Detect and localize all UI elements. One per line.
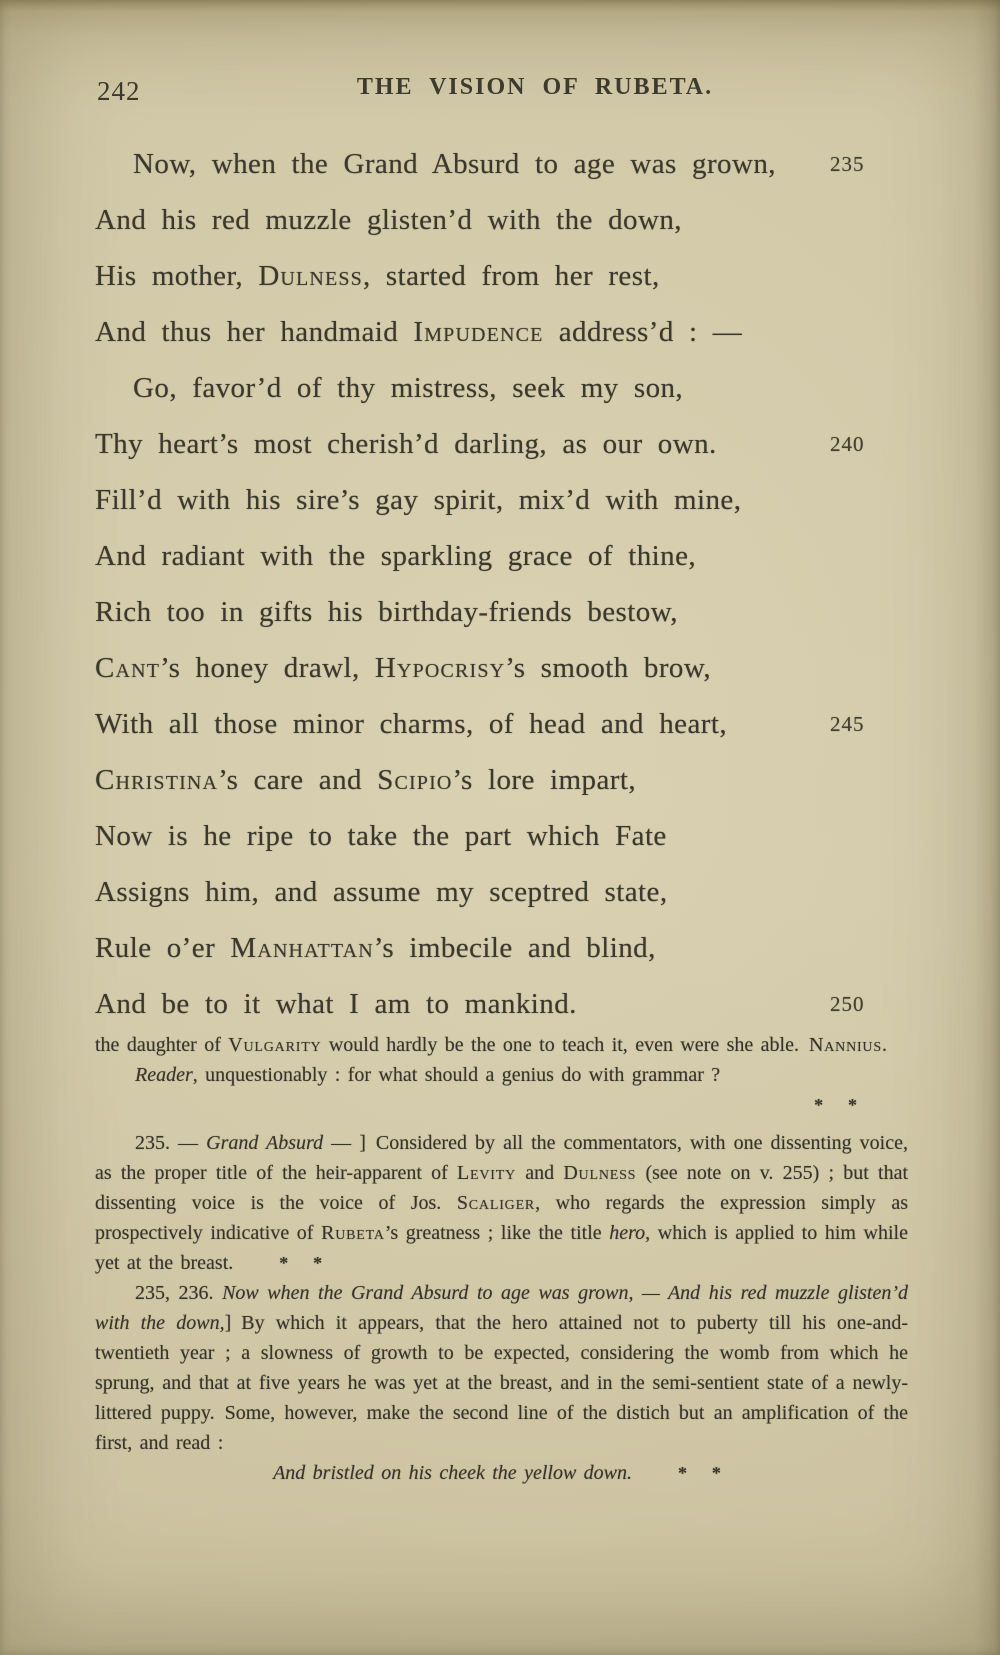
text-segment: And radiant with the sparkling grace of …: [95, 540, 696, 572]
text-segment: Reader: [135, 1064, 193, 1086]
text-segment: Dulness: [258, 260, 363, 292]
poem-line: And his red muzzle glisten’d with the do…: [95, 192, 940, 248]
poem-line: Now is he ripe to take the part which Fa…: [95, 808, 940, 864]
poem-line: And be to it what I am to mankind.250: [95, 976, 940, 1032]
text-segment: Christina: [95, 764, 218, 796]
poem-line: Go, favor’d of thy mistress, seek my son…: [95, 360, 940, 416]
footnote-paragraph: * *: [95, 1090, 908, 1120]
text-segment: ’s care and: [218, 764, 377, 796]
poem-line: Thy heart’s most cherish’d darling, as o…: [95, 416, 940, 472]
text-segment: ’s smooth brow,: [505, 652, 711, 684]
text-segment: the daughter of: [95, 1034, 228, 1056]
text-segment: Hypocrisy: [375, 652, 505, 684]
text-segment: Scipio: [377, 764, 452, 796]
poem-line: Now, when the Grand Absurd to age was gr…: [95, 136, 940, 192]
text-segment: 235, 236.: [135, 1282, 222, 1304]
footnote-paragraph: Reader, unquestionably : for what should…: [95, 1060, 908, 1090]
poem-line: His mother, Dulness, started from her re…: [95, 248, 940, 304]
text-segment: would hardly be the one to teach it, eve…: [321, 1034, 809, 1056]
poem-line: And thus her handmaid Impudence address’…: [95, 304, 940, 360]
section-stars-mark: * *: [279, 1253, 331, 1273]
text-segment: Rubeta: [321, 1222, 385, 1244]
text-segment: hero: [609, 1222, 645, 1244]
text-segment: Scaliger: [457, 1192, 535, 1214]
text-segment: 235. —: [135, 1132, 206, 1154]
text-segment: ’s greatness ; like the title: [385, 1222, 609, 1244]
poem-line: And radiant with the sparkling grace of …: [95, 528, 940, 584]
poem-line: Fill’d with his sire’s gay spirit, mix’d…: [95, 472, 940, 528]
footnote-paragraph: And bristled on his cheek the yellow dow…: [95, 1458, 908, 1488]
text-segment: And his red muzzle glisten’d with the do…: [95, 204, 682, 236]
text-segment: And bristled on his cheek the yellow dow…: [273, 1462, 632, 1484]
text-segment: And thus her handmaid: [95, 316, 413, 348]
footnote-paragraph: the daughter of Vulgarity would hardly b…: [95, 1030, 908, 1060]
verse-line-number: 235: [830, 136, 865, 192]
text-segment: Now is he ripe to take the part which Fa…: [95, 820, 667, 852]
text-segment: Dulness: [563, 1162, 636, 1184]
text-segment: His mother,: [95, 260, 258, 292]
poem-line: With all those minor charms, of head and…: [95, 696, 940, 752]
poem-line: Cant’s honey drawl, Hypocrisy’s smooth b…: [95, 640, 940, 696]
verse-line-number: 240: [830, 416, 865, 472]
text-segment: , unquestionably : for what should a gen…: [193, 1064, 720, 1086]
text-segment: Assigns him, and assume my sceptred stat…: [95, 876, 668, 908]
text-segment: Vulgarity: [228, 1034, 321, 1056]
text-segment: ’s honey drawl,: [160, 652, 375, 684]
text-segment: and: [516, 1162, 563, 1184]
poem-line: Rich too in gifts his birthday-friends b…: [95, 584, 940, 640]
poem-verse-block: Now, when the Grand Absurd to age was gr…: [95, 136, 940, 1032]
text-segment: Impudence: [413, 316, 543, 348]
text-segment: Rule o’er: [95, 932, 230, 964]
page-header: 242 THE VISION OF RUBETA.: [95, 74, 905, 108]
verse-line-number: 245: [830, 696, 865, 752]
text-segment: Nannius: [809, 1034, 882, 1056]
text-segment: And be to it what I am to mankind.: [95, 988, 577, 1020]
text-segment: address’d : —: [544, 316, 743, 348]
text-segment: Go, favor’d of thy mistress, seek my son…: [133, 372, 683, 404]
book-page-scan: 242 THE VISION OF RUBETA. Now, when the …: [0, 0, 1000, 1655]
section-stars-mark: * *: [678, 1463, 730, 1483]
text-segment: Grand Absurd: [206, 1132, 323, 1154]
text-segment: , started from her rest,: [363, 260, 660, 292]
section-stars-mark: * *: [814, 1095, 866, 1115]
text-segment: Manhattan: [230, 932, 374, 964]
text-segment: Thy heart’s most cherish’d darling, as o…: [95, 428, 717, 460]
footnotes-block: the daughter of Vulgarity would hardly b…: [95, 1030, 908, 1488]
text-segment: Levity: [457, 1162, 516, 1184]
text-segment: Cant: [95, 652, 160, 684]
text-segment: Fill’d with his sire’s gay spirit, mix’d…: [95, 484, 741, 516]
text-segment: Now, when the Grand Absurd to age was gr…: [133, 148, 776, 180]
text-segment: With all those minor charms, of head and…: [95, 708, 727, 740]
text-segment: ’s lore impart,: [453, 764, 636, 796]
verse-line-number: 250: [830, 976, 865, 1032]
text-segment: ’s imbecile and blind,: [374, 932, 656, 964]
footnote-paragraph: 235. — Grand Absurd — ] Considered by al…: [95, 1128, 908, 1278]
text-segment: Rich too in gifts his birthday-friends b…: [95, 596, 678, 628]
text-segment: .: [882, 1034, 887, 1056]
running-header-title: THE VISION OF RUBETA.: [95, 74, 905, 101]
page-number: 242: [97, 76, 141, 107]
footnote-paragraph: 235, 236. Now when the Grand Absurd to a…: [95, 1278, 908, 1458]
poem-line: Rule o’er Manhattan’s imbecile and blind…: [95, 920, 940, 976]
poem-line: Assigns him, and assume my sceptred stat…: [95, 864, 940, 920]
poem-line: Christina’s care and Scipio’s lore impar…: [95, 752, 940, 808]
